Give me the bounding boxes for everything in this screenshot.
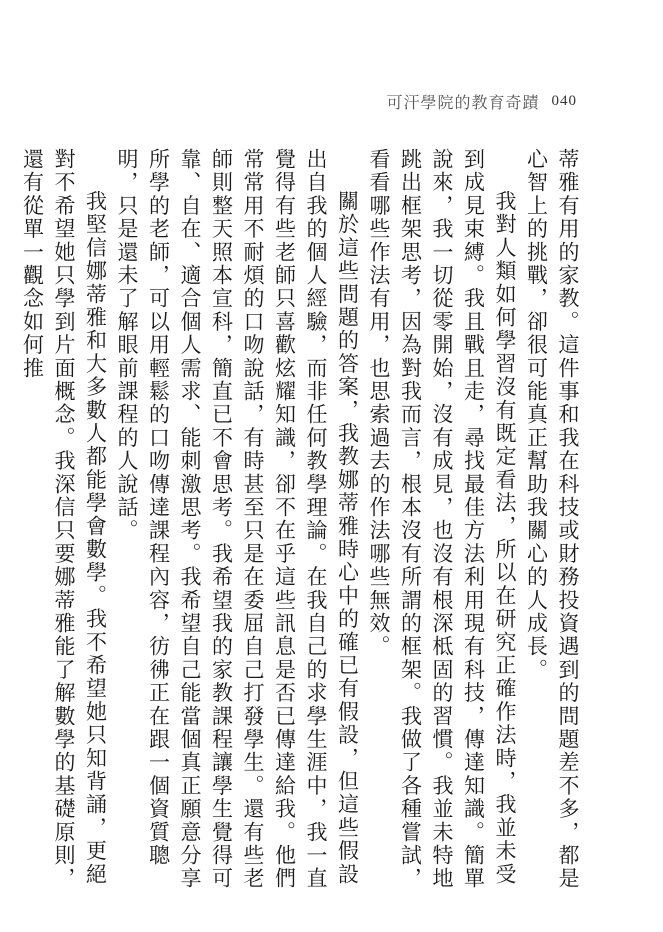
- book-page: 可汗學院的教育奇蹟 040 蒂雅有用的家教。這件事和我在科技或財務投資遇到的問題…: [0, 0, 663, 932]
- paragraph-4: 我堅信娜蒂雅和大多數人都能學會數學。我不希望她只知背誦，更絕對不希望她只學到片面…: [16, 148, 111, 908]
- running-header: 可汗學院的教育奇蹟 040: [386, 90, 577, 113]
- book-title: 可汗學院的教育奇蹟: [386, 90, 539, 113]
- paragraph-1: 蒂雅有用的家教。這件事和我在科技或財務投資遇到的問題差不多，都是心智上的挑戰，卻…: [520, 148, 583, 908]
- vertical-body-text: 蒂雅有用的家教。這件事和我在科技或財務投資遇到的問題差不多，都是心智上的挑戰，卻…: [16, 148, 583, 908]
- paragraph-2: 我對人類如何學習沒有既定看法，所以在研究正確作法時，我並未受到成見束縛。我且戰且…: [363, 148, 521, 908]
- paragraph-3: 關於這些問題的答案，我教娜蒂雅時心中的確已有假設，但這些假設出自我的個人經驗，而…: [111, 148, 363, 908]
- page-number: 040: [552, 93, 578, 110]
